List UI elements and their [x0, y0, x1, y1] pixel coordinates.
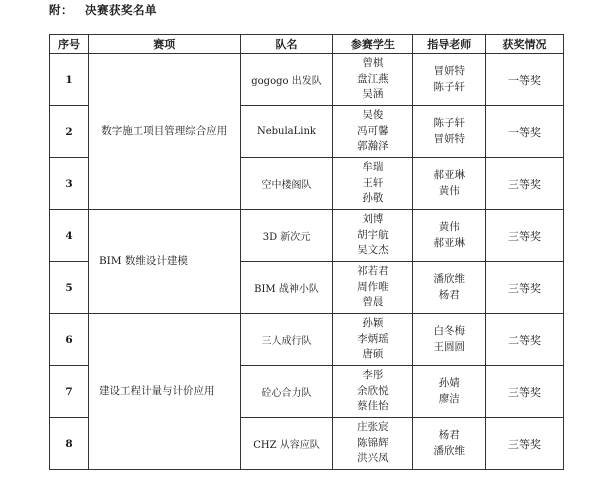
advisor-name: 杨君 — [413, 288, 485, 304]
title-prefix: 附： — [49, 3, 73, 17]
student-name: 曾棋 — [333, 56, 412, 72]
student-name: 牟瑞 — [333, 160, 412, 176]
advisor-name: 陈子轩 — [413, 116, 485, 132]
awards-table: 序号 赛项 队名 参赛学生 指导老师 获奖情况 1 数字施工项目管理综合应用 g… — [49, 34, 564, 470]
advisors-cell: 黄伟 郝亚琳 — [413, 210, 486, 262]
award-cell: 二等奖 — [486, 314, 564, 366]
header-team: 队名 — [240, 35, 333, 54]
header-advisors: 指导老师 — [413, 35, 486, 54]
award-cell: 三等奖 — [486, 366, 564, 418]
team-name: 空中楼阁队 — [240, 158, 333, 210]
team-name: 三人成行队 — [240, 314, 333, 366]
student-name: 周作唯 — [333, 280, 412, 296]
advisor-name: 黄伟 — [413, 184, 485, 200]
table-row: 6 建设工程计量与计价应用 三人成行队 孙颖 李炳瑶 唐硕 白冬梅 王圆圆 二等… — [50, 314, 564, 366]
award-cell: 三等奖 — [486, 158, 564, 210]
row-number: 8 — [50, 418, 89, 470]
student-name: 曾晨 — [333, 295, 412, 311]
header-students: 参赛学生 — [333, 35, 413, 54]
header-row: 序号 赛项 队名 参赛学生 指导老师 获奖情况 — [50, 35, 564, 54]
student-name: 李炳瑶 — [333, 332, 412, 348]
student-name: 吴俊 — [333, 108, 412, 124]
team-name: 3D 新次元 — [240, 210, 333, 262]
team-name: CHZ 从容应队 — [240, 418, 333, 470]
student-name: 吴涵 — [333, 87, 412, 103]
team-name: BIM 战神小队 — [240, 262, 333, 314]
advisors-cell: 郝亚琳 黄伟 — [413, 158, 486, 210]
student-name: 唐硕 — [333, 347, 412, 363]
row-number: 5 — [50, 262, 89, 314]
students-cell: 李彤 余欣悦 蔡佳怡 — [333, 366, 413, 418]
students-cell: 吴俊 冯可馨 郭瀚泽 — [333, 106, 413, 158]
students-cell: 曾棋 盘江燕 吴涵 — [333, 54, 413, 106]
team-name: 砼心合力队 — [240, 366, 333, 418]
row-number: 4 — [50, 210, 89, 262]
row-number: 2 — [50, 106, 89, 158]
student-name: 蔡佳怡 — [333, 399, 412, 415]
row-number: 7 — [50, 366, 89, 418]
table-row: 4 BIM 数维设计建模 3D 新次元 刘博 胡宇航 吴文杰 黄伟 郝亚琳 三等… — [50, 210, 564, 262]
advisor-name: 郝亚琳 — [413, 236, 485, 252]
advisor-name: 黄伟 — [413, 220, 485, 236]
advisor-name: 冒妍特 — [413, 132, 485, 148]
award-cell: 三等奖 — [486, 418, 564, 470]
student-name: 盘江燕 — [333, 72, 412, 88]
advisor-name: 冒妍特 — [413, 64, 485, 80]
row-number: 3 — [50, 158, 89, 210]
team-name: gogogo 出发队 — [240, 54, 333, 106]
award-cell: 一等奖 — [486, 54, 564, 106]
advisor-name: 白冬梅 — [413, 324, 485, 340]
advisors-cell: 潘欣维 杨君 — [413, 262, 486, 314]
team-name: NebulaLink — [240, 106, 333, 158]
advisor-name: 廖洁 — [413, 392, 485, 408]
advisors-cell: 白冬梅 王圆圆 — [413, 314, 486, 366]
student-name: 庄张宸 — [333, 420, 412, 436]
award-cell: 三等奖 — [486, 210, 564, 262]
advisor-name: 王圆圆 — [413, 340, 485, 356]
student-name: 陈锦辉 — [333, 436, 412, 452]
advisors-cell: 冒妍特 陈子轩 — [413, 54, 486, 106]
header-number: 序号 — [50, 35, 89, 54]
advisor-name: 陈子轩 — [413, 80, 485, 96]
header-event: 赛项 — [88, 35, 240, 54]
student-name: 李彤 — [333, 368, 412, 384]
student-name: 孙敬 — [333, 191, 412, 207]
event-cell: 数字施工项目管理综合应用 — [88, 54, 240, 210]
award-cell: 一等奖 — [486, 106, 564, 158]
title-text: 决赛获奖名单 — [85, 3, 157, 17]
student-name: 洪兴凤 — [333, 451, 412, 467]
student-name: 郭瀚泽 — [333, 139, 412, 155]
student-name: 孙颖 — [333, 316, 412, 332]
students-cell: 孙颖 李炳瑶 唐硕 — [333, 314, 413, 366]
student-name: 刘博 — [333, 212, 412, 228]
student-name: 余欣悦 — [333, 384, 412, 400]
document-title: 附：决赛获奖名单 — [49, 2, 157, 18]
student-name: 胡宇航 — [333, 228, 412, 244]
advisors-cell: 孙婧 廖洁 — [413, 366, 486, 418]
student-name: 王轩 — [333, 176, 412, 192]
student-name: 吴文杰 — [333, 243, 412, 259]
header-award: 获奖情况 — [486, 35, 564, 54]
event-cell: 建设工程计量与计价应用 — [88, 314, 240, 470]
advisor-name: 郝亚琳 — [413, 168, 485, 184]
advisor-name: 潘欣维 — [413, 272, 485, 288]
advisor-name: 杨君 — [413, 428, 485, 444]
students-cell: 牟瑞 王轩 孙敬 — [333, 158, 413, 210]
students-cell: 庄张宸 陈锦辉 洪兴凤 — [333, 418, 413, 470]
students-cell: 刘博 胡宇航 吴文杰 — [333, 210, 413, 262]
row-number: 1 — [50, 54, 89, 106]
advisors-cell: 陈子轩 冒妍特 — [413, 106, 486, 158]
advisor-name: 孙婧 — [413, 376, 485, 392]
row-number: 6 — [50, 314, 89, 366]
table-row: 1 数字施工项目管理综合应用 gogogo 出发队 曾棋 盘江燕 吴涵 冒妍特 … — [50, 54, 564, 106]
award-cell: 三等奖 — [486, 262, 564, 314]
event-cell: BIM 数维设计建模 — [88, 210, 240, 314]
advisors-cell: 杨君 潘欣维 — [413, 418, 486, 470]
student-name: 冯可馨 — [333, 124, 412, 140]
student-name: 祁若君 — [333, 264, 412, 280]
students-cell: 祁若君 周作唯 曾晨 — [333, 262, 413, 314]
advisor-name: 潘欣维 — [413, 444, 485, 460]
